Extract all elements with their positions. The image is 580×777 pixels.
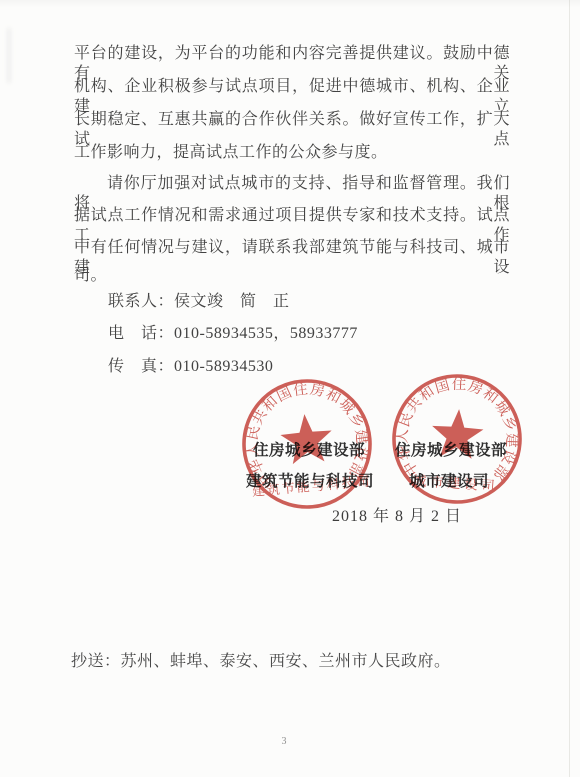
letter-date: 2018 年 8 月 2 日	[332, 503, 462, 526]
scan-edge-shading	[0, 0, 580, 8]
scanned-letter-page: 平台的建设，为平台的功能和内容完善提供建议。鼓励中德有关 机构、企业积极参与试点…	[0, 0, 580, 777]
seal-dept-text: 城市建设司	[412, 472, 495, 494]
cc-line: 抄送：苏州、蚌埠、泰安、西安、兰州市人民政府。	[71, 648, 451, 671]
seal-star-icon	[279, 412, 334, 465]
body-text-line: 司。	[74, 266, 510, 286]
contact-phone-line: 电 话：010-58934535，58933777	[108, 320, 358, 343]
page-number: 3	[276, 736, 292, 747]
body-text-line: 工作影响力，提高试点工作的公众参与度。	[74, 143, 510, 163]
contact-fax-line: 传 真：010-58934530	[108, 353, 273, 376]
official-seal-right: 中华人民共和国住房和城乡建设部 城市建设司	[377, 359, 537, 519]
scan-artifact-line	[569, 0, 570, 777]
seal-star-icon	[430, 407, 485, 459]
contact-person-line: 联系人：侯文竣 简 正	[108, 288, 290, 311]
official-seal-left: 中华人民共和国住房和城乡建设部 建筑节能与科技司	[226, 363, 389, 526]
scan-smudge	[7, 28, 11, 83]
